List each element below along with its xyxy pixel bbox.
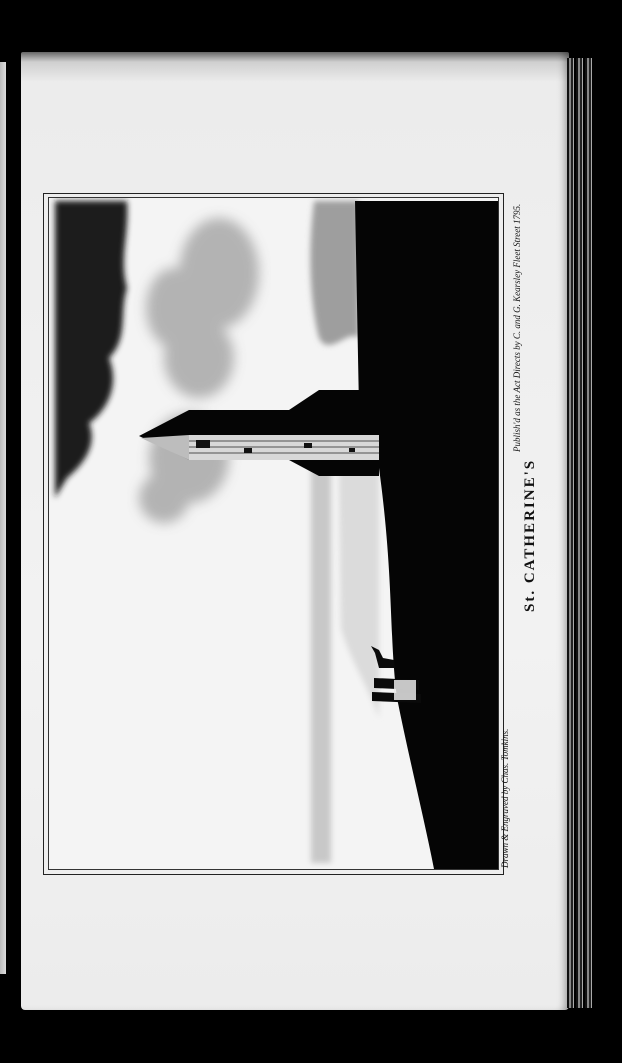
artist-credit: Drawn & Engraved by Chas. Tomkins. <box>500 729 510 868</box>
engraving-illustration <box>48 197 499 870</box>
previous-page-edge <box>0 62 6 974</box>
plate-title: St. CATHERINE'S <box>522 459 539 612</box>
publication-line: Publish'd as the Act Directs by C. and G… <box>512 204 522 452</box>
tower-scene <box>49 198 498 869</box>
book-page-edges <box>567 58 593 1008</box>
